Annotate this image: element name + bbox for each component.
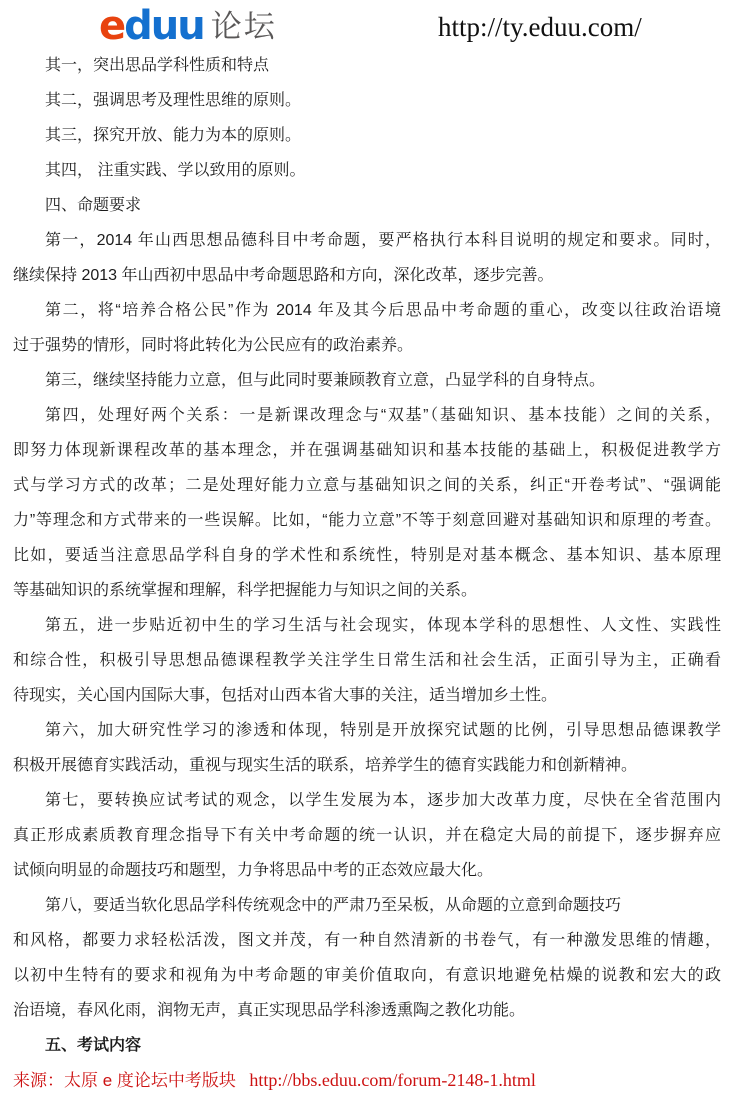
doc-line: 以初中生特有的要求和视角为中考命题的审美价值取向，有意识地避免枯燥的说教和宏大的… (13, 958, 721, 993)
source-footer: 来源：太原 e 度论坛中考版块 http://bbs.eduu.com/foru… (13, 1066, 721, 1094)
doc-line: 其二，强调思考及理性思维的原则。 (13, 83, 721, 118)
doc-line: 第三，继续坚持能力立意，但与此同时要兼顾教育立意，凸显学科的自身特点。 (13, 363, 721, 398)
source-url: http://bbs.eduu.com/forum-2148-1.html (249, 1070, 535, 1090)
doc-line: 第一，2014 年山西思想品德科目中考命题，要严格执行本科目说明的规定和要求。同… (13, 223, 721, 258)
page-header: eduu论坛 http://ty.eduu.com/ (0, 0, 734, 50)
doc-line: 等基础知识的系统掌握和理解，科学把握能力与知识之间的关系。 (13, 573, 721, 608)
document-body: 其一，突出思品学科性质和特点 其二，强调思考及理性思维的原则。 其三，探究开放、… (13, 48, 721, 1063)
section-heading: 五、考试内容 (13, 1028, 721, 1063)
doc-line: 第四，处理好两个关系：一是新课改理念与“双基”（基础知识、基本技能）之间的关系， (13, 398, 721, 433)
doc-line: 治语境，春风化雨，润物无声，真正实现思品学科渗透熏陶之教化功能。 (13, 993, 721, 1028)
section-heading: 四、命题要求 (13, 188, 721, 223)
doc-line: 积极开展德育实践活动，重视与现实生活的联系，培养学生的德育实践能力和创新精神。 (13, 748, 721, 783)
doc-line: 第八，要适当软化思品学科传统观念中的严肃乃至呆板，从命题的立意到命题技巧 (13, 888, 721, 923)
doc-line: 比如，要适当注意思品学科自身的学术性和系统性，特别是对基本概念、基本知识、基本原… (13, 538, 721, 573)
source-label: 来源：太原 e 度论坛中考版块 (13, 1071, 236, 1090)
doc-line: 力”等理念和方式带来的一些误解。比如，“能力立意”不等于刻意回避对基础知识和原理… (13, 503, 721, 538)
doc-line: 第六，加大研究性学习的渗透和体现，特别是开放探究试题的比例，引导思想品德课教学 (13, 713, 721, 748)
doc-line: 式与学习方式的改革；二是处理好能力立意与基础知识之间的关系，纠正“开卷考试”、“… (13, 468, 721, 503)
doc-line: 其一，突出思品学科性质和特点 (13, 48, 721, 83)
doc-line: 真正形成素质教育理念指导下有关中考命题的统一认识，并在稳定大局的前提下，逐步摒弃… (13, 818, 721, 853)
doc-line: 第五，进一步贴近初中生的学习生活与社会现实，体现本学科的思想性、人文性、实践性 (13, 608, 721, 643)
doc-line: 其三，探究开放、能力为本的原则。 (13, 118, 721, 153)
doc-line: 试倾向明显的命题技巧和题型，力争将思品中考的正态效应最大化。 (13, 853, 721, 888)
doc-line: 和风格，都要力求轻松活泼，图文并茂，有一种自然清新的书卷气，有一种激发思维的情趣… (13, 923, 721, 958)
document-page: eduu论坛 http://ty.eduu.com/ 其一，突出思品学科性质和特… (0, 0, 734, 1104)
doc-line: 和综合性，积极引导思想品德课程教学关注学生日常生活和社会生活，正面引导为主，正确… (13, 643, 721, 678)
doc-line: 第二，将“培养合格公民”作为 2014 年及其今后思品中考命题的重心，改变以往政… (13, 293, 721, 328)
doc-line: 继续保持 2013 年山西初中思品中考命题思路和方向，深化改革，逐步完善。 (13, 258, 721, 293)
logo-letter-e: e (99, 3, 124, 49)
doc-line: 待现实，关心国内国际大事，包括对山西本省大事的关注，适当增加乡土性。 (13, 678, 721, 713)
eduu-logo: eduu论坛 (99, 4, 277, 49)
doc-line: 其四， 注重实践、学以致用的原则。 (13, 153, 721, 188)
logo-letters-duu: duu (124, 3, 204, 49)
logo-forum-text: 论坛 (211, 9, 277, 45)
doc-line: 过于强势的情形，同时将此转化为公民应有的政治素养。 (13, 328, 721, 363)
header-site-url: http://ty.eduu.com/ (438, 12, 642, 43)
doc-line: 第七，要转换应试考试的观念，以学生发展为本，逐步加大改革力度，尽快在全省范围内 (13, 783, 721, 818)
doc-line: 即努力体现新课程改革的基本理念，并在强调基础知识和基本技能的基础上，积极促进教学… (13, 433, 721, 468)
